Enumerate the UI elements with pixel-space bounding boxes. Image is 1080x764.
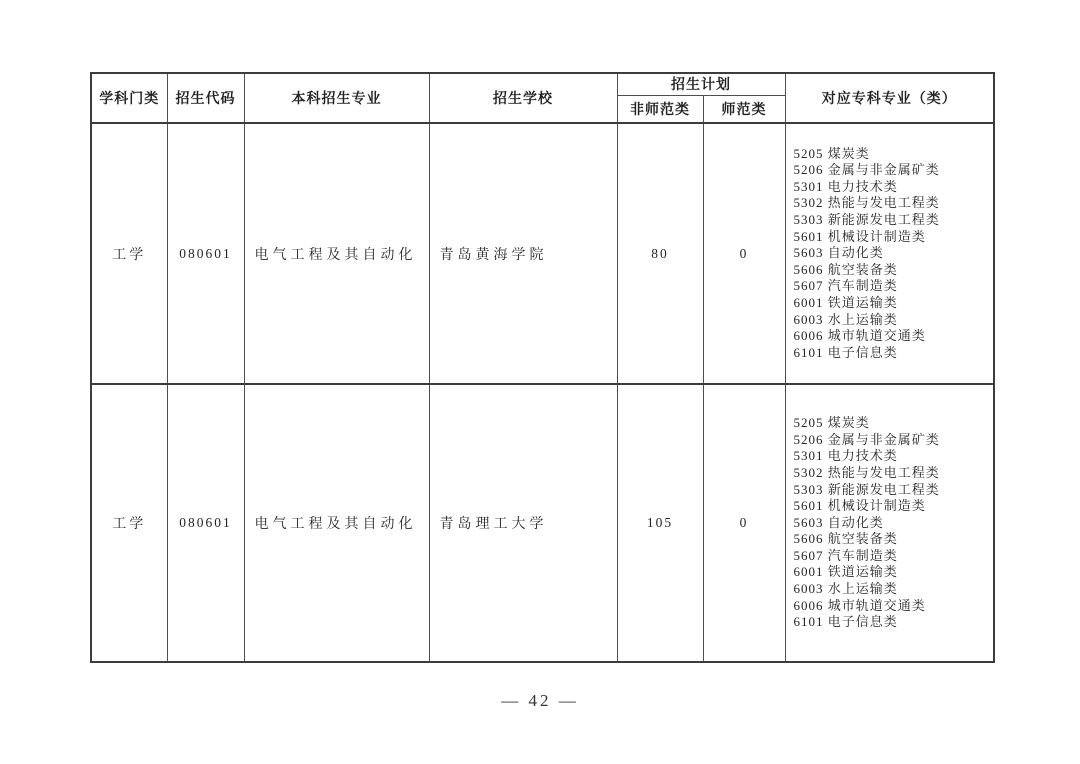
col-header-undergrad-major: 本科招生专业 bbox=[244, 73, 429, 123]
major-list-item: 5606 航空装备类 bbox=[794, 531, 994, 548]
major-list-item: 5601 机械设计制造类 bbox=[794, 229, 994, 246]
col-header-corresponding-majors: 对应专科专业（类） bbox=[785, 73, 994, 123]
major-list-item: 6006 城市轨道交通类 bbox=[794, 598, 994, 615]
major-list-item: 5601 机械设计制造类 bbox=[794, 498, 994, 515]
cell-plan-teacher: 0 bbox=[703, 384, 785, 662]
cell-corresponding-majors: 5205 煤炭类5206 金属与非金属矿类5301 电力技术类5302 热能与发… bbox=[785, 384, 994, 662]
col-header-school: 招生学校 bbox=[429, 73, 617, 123]
cell-plan-non-teacher: 105 bbox=[617, 384, 703, 662]
col-header-plan-non-teacher: 非师范类 bbox=[617, 95, 703, 123]
major-list-item: 5607 汽车制造类 bbox=[794, 548, 994, 565]
major-list-item: 6006 城市轨道交通类 bbox=[794, 328, 994, 345]
cell-school: 青岛黄海学院 bbox=[429, 123, 617, 384]
table-row: 工学 080601 电气工程及其自动化 青岛黄海学院 80 0 5205 煤炭类… bbox=[91, 123, 994, 384]
majors-list: 5205 煤炭类5206 金属与非金属矿类5301 电力技术类5302 热能与发… bbox=[794, 146, 994, 362]
cell-enrollment-code: 080601 bbox=[167, 384, 244, 662]
major-list-item: 5607 汽车制造类 bbox=[794, 278, 994, 295]
header-row-top: 学科门类 招生代码 本科招生专业 招生学校 招生计划 对应专科专业（类） bbox=[91, 73, 994, 95]
cell-enrollment-code: 080601 bbox=[167, 123, 244, 384]
major-list-item: 6001 铁道运输类 bbox=[794, 564, 994, 581]
cell-corresponding-majors: 5205 煤炭类5206 金属与非金属矿类5301 电力技术类5302 热能与发… bbox=[785, 123, 994, 384]
major-list-item: 5606 航空装备类 bbox=[794, 262, 994, 279]
major-list-item: 5206 金属与非金属矿类 bbox=[794, 432, 994, 449]
cell-subject-category: 工学 bbox=[91, 123, 167, 384]
majors-list: 5205 煤炭类5206 金属与非金属矿类5301 电力技术类5302 热能与发… bbox=[794, 415, 994, 631]
major-list-item: 6003 水上运输类 bbox=[794, 581, 994, 598]
enrollment-plan-table: 学科门类 招生代码 本科招生专业 招生学校 招生计划 对应专科专业（类） 非师范… bbox=[90, 72, 995, 663]
major-list-item: 6101 电子信息类 bbox=[794, 345, 994, 362]
major-list-item: 5303 新能源发电工程类 bbox=[794, 482, 994, 499]
major-list-item: 5303 新能源发电工程类 bbox=[794, 212, 994, 229]
major-list-item: 5603 自动化类 bbox=[794, 245, 994, 262]
major-list-item: 5206 金属与非金属矿类 bbox=[794, 162, 994, 179]
major-list-item: 5603 自动化类 bbox=[794, 515, 994, 532]
document-page: 学科门类 招生代码 本科招生专业 招生学校 招生计划 对应专科专业（类） 非师范… bbox=[0, 0, 1080, 764]
major-list-item: 5205 煤炭类 bbox=[794, 415, 994, 432]
col-header-plan-teacher: 师范类 bbox=[703, 95, 785, 123]
major-list-item: 5302 热能与发电工程类 bbox=[794, 465, 994, 482]
col-header-subject-category: 学科门类 bbox=[91, 73, 167, 123]
col-header-plan-group: 招生计划 bbox=[617, 73, 785, 95]
major-list-item: 6101 电子信息类 bbox=[794, 614, 994, 631]
cell-plan-non-teacher: 80 bbox=[617, 123, 703, 384]
table-row: 工学 080601 电气工程及其自动化 青岛理工大学 105 0 5205 煤炭… bbox=[91, 384, 994, 662]
major-list-item: 5301 电力技术类 bbox=[794, 448, 994, 465]
major-list-item: 6003 水上运输类 bbox=[794, 312, 994, 329]
cell-subject-category: 工学 bbox=[91, 384, 167, 662]
major-list-item: 6001 铁道运输类 bbox=[794, 295, 994, 312]
cell-undergrad-major: 电气工程及其自动化 bbox=[244, 123, 429, 384]
major-list-item: 5302 热能与发电工程类 bbox=[794, 195, 994, 212]
major-list-item: 5301 电力技术类 bbox=[794, 179, 994, 196]
cell-school: 青岛理工大学 bbox=[429, 384, 617, 662]
major-list-item: 5205 煤炭类 bbox=[794, 146, 994, 163]
col-header-enrollment-code: 招生代码 bbox=[167, 73, 244, 123]
cell-plan-teacher: 0 bbox=[703, 123, 785, 384]
page-number: — 42 — bbox=[0, 691, 1080, 711]
cell-undergrad-major: 电气工程及其自动化 bbox=[244, 384, 429, 662]
